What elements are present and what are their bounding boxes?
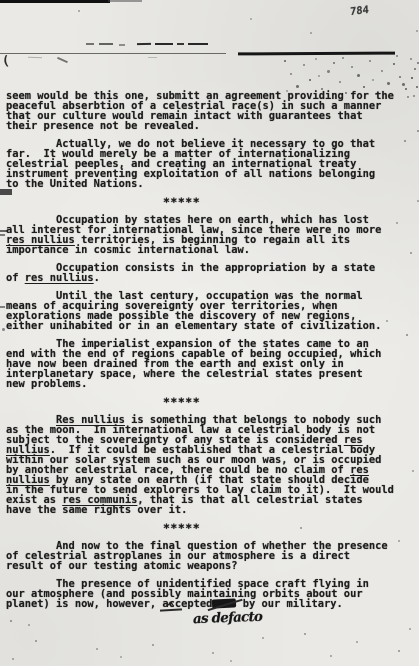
paragraph: Occupation consists in the appropriation… [6, 263, 414, 283]
paragraph: seem would be this one, submitt an agree… [6, 91, 414, 131]
scan-speck [411, 77, 413, 79]
paragraph: Res nullius is something that belongs to… [6, 415, 414, 515]
scan-artifact [86, 43, 94, 45]
scan-speck [318, 75, 320, 77]
scan-speck [309, 79, 311, 81]
scan-speck [372, 79, 374, 81]
typed-segment: And now to the final question of whether… [6, 540, 388, 572]
typed-segment: The imperialist expansion of the states … [6, 338, 381, 390]
stray-paren-mark: ( [1, 54, 10, 70]
document-page-scan: 784 ( seem would be this one, submitt an… [0, 0, 419, 666]
paragraph: The presence of unidentified space craft… [6, 579, 414, 609]
scan-speck [402, 83, 405, 86]
scan-speck [120, 656, 122, 658]
scan-speck [327, 70, 330, 73]
scan-artifact [0, 53, 226, 54]
scan-speck [356, 641, 358, 643]
scan-speck [398, 650, 400, 652]
scan-speck [342, 57, 344, 59]
scan-speck [393, 63, 395, 65]
scan-speck [152, 644, 154, 646]
paragraph: And now to the final question of whether… [6, 541, 414, 571]
typed-text: seem would be this one, submitt an agree… [6, 91, 414, 617]
scan-speck [416, 30, 418, 32]
scan-speck [2, 328, 5, 331]
redaction-scribble [212, 598, 236, 608]
scan-speck [12, 658, 14, 660]
scan-speck [296, 85, 299, 88]
scan-speck [303, 64, 305, 66]
scan-speck [387, 82, 390, 85]
paragraph: Actually, we do not believe it necessary… [6, 139, 414, 189]
paragraph: Until the last century, occupation was t… [6, 291, 414, 331]
scan-artifact [137, 43, 151, 46]
insertion-caret-icon: ^ [167, 599, 174, 616]
handwritten-annotation: as defacto [193, 609, 263, 627]
scan-artifact [28, 57, 42, 59]
scan-speck [315, 58, 317, 60]
scan-speck [330, 655, 332, 657]
scan-speck [28, 624, 30, 626]
scan-artifact [119, 44, 125, 46]
scan-speck [410, 58, 412, 60]
section-separator: ***** [163, 197, 414, 207]
scan-speck [96, 648, 98, 650]
page-number: 784 [350, 4, 369, 18]
scan-artifact [155, 43, 173, 45]
scan-speck [262, 637, 264, 639]
scan-artifact [0, 0, 110, 3]
scan-speck [399, 76, 401, 78]
scan-speck [363, 86, 365, 88]
paragraph: Occupation by states here on earth, whic… [6, 215, 414, 255]
typed-segment: . [94, 272, 100, 284]
scan-artifact [238, 51, 395, 54]
typed-segment: . If it could be established that a cele… [6, 444, 381, 476]
underlined-term: res nullius [25, 272, 94, 284]
scan-speck [339, 81, 341, 83]
scan-speck [405, 88, 407, 90]
scan-artifact [108, 0, 142, 2]
scan-speck [212, 652, 214, 654]
scan-artifact [99, 43, 113, 45]
scan-speck [310, 32, 312, 34]
paragraph: The imperialist expansion of the states … [6, 339, 414, 389]
typed-segment: Actually, we do not believe it necessary… [6, 138, 375, 190]
scan-artifact [188, 43, 208, 45]
scan-speck [416, 86, 418, 88]
scan-speck [409, 628, 411, 630]
scan-speck [250, 18, 252, 20]
typed-segment: seem would be this one, submitt an agree… [6, 90, 394, 132]
scan-speck [381, 70, 383, 72]
typed-segment: Until the last century, occupation was t… [6, 290, 381, 332]
scan-speck [369, 60, 371, 62]
scan-speck [351, 66, 353, 68]
scan-speck [414, 68, 416, 70]
scan-speck [230, 660, 232, 662]
scan-artifact [57, 57, 68, 63]
scan-speck [78, 10, 80, 12]
section-separator: ***** [163, 523, 414, 533]
scan-artifact [0, 234, 5, 236]
typed-segment: Occupation by states here on earth, whic… [6, 214, 381, 236]
scan-speck [35, 640, 37, 642]
scan-speck [290, 73, 292, 75]
scan-artifact [0, 306, 5, 308]
scan-speck [357, 74, 360, 77]
scan-speck [304, 633, 306, 635]
scan-speck [284, 60, 286, 62]
scan-speck [333, 62, 335, 64]
scan-speck [10, 620, 12, 622]
scan-artifact [177, 43, 184, 45]
scan-artifact [148, 57, 157, 58]
section-separator: ***** [163, 397, 414, 407]
scan-speck [396, 55, 398, 57]
